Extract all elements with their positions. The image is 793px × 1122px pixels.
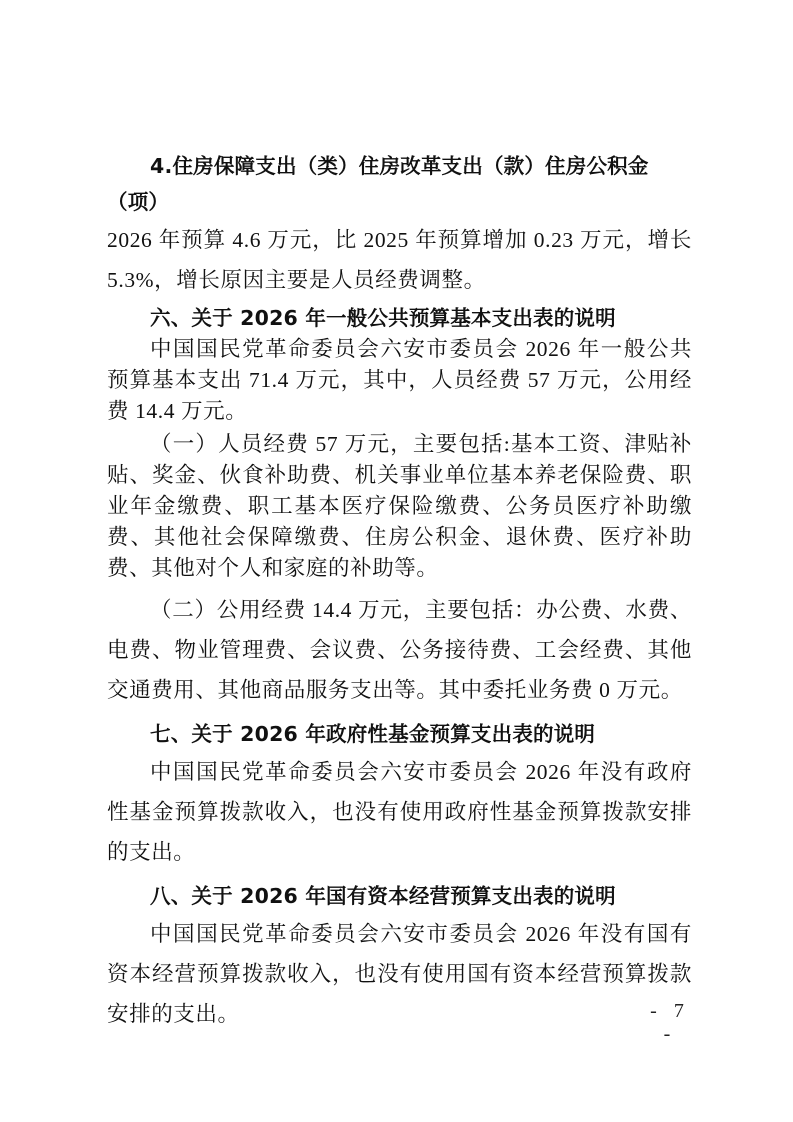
item-4-heading: 4.住房保障支出（类）住房改革支出（款）住房公积金（项） bbox=[107, 148, 692, 220]
section-6-paragraph-public: （二）公用经费 14.4 万元，主要包括：办公费、水费、电费、物业管理费、会议费… bbox=[107, 590, 692, 710]
section-7-paragraph: 中国国民党革命委员会六安市委员会 2026 年没有政府性基金预算拨款收入，也没有… bbox=[107, 752, 692, 872]
item-4-paragraph: 2026 年预算 4.6 万元，比 2025 年预算增加 0.23 万元，增长 … bbox=[107, 220, 692, 300]
section-6-paragraph-personnel: （一）人员经费 57 万元，主要包括:基本工资、津贴补贴、奖金、伙食补助费、机关… bbox=[107, 429, 692, 584]
section-7-heading: 七、关于 2026 年政府性基金预算支出表的说明 bbox=[107, 716, 692, 752]
document-page: 4.住房保障支出（类）住房改革支出（款）住房公积金（项） 2026 年预算 4.… bbox=[107, 148, 692, 1034]
section-6-paragraph-summary: 中国国民党革命委员会六安市委员会 2026 年一般公共预算基本支出 71.4 万… bbox=[107, 334, 692, 427]
section-8-paragraph: 中国国民党革命委员会六安市委员会 2026 年没有国有资本经营预算拨款收入，也没… bbox=[107, 914, 692, 1034]
section-8-heading: 八、关于 2026 年国有资本经营预算支出表的说明 bbox=[107, 878, 692, 914]
page-number: - 7 - bbox=[640, 1000, 700, 1046]
section-6-heading: 六、关于 2026 年一般公共预算基本支出表的说明 bbox=[107, 302, 692, 334]
